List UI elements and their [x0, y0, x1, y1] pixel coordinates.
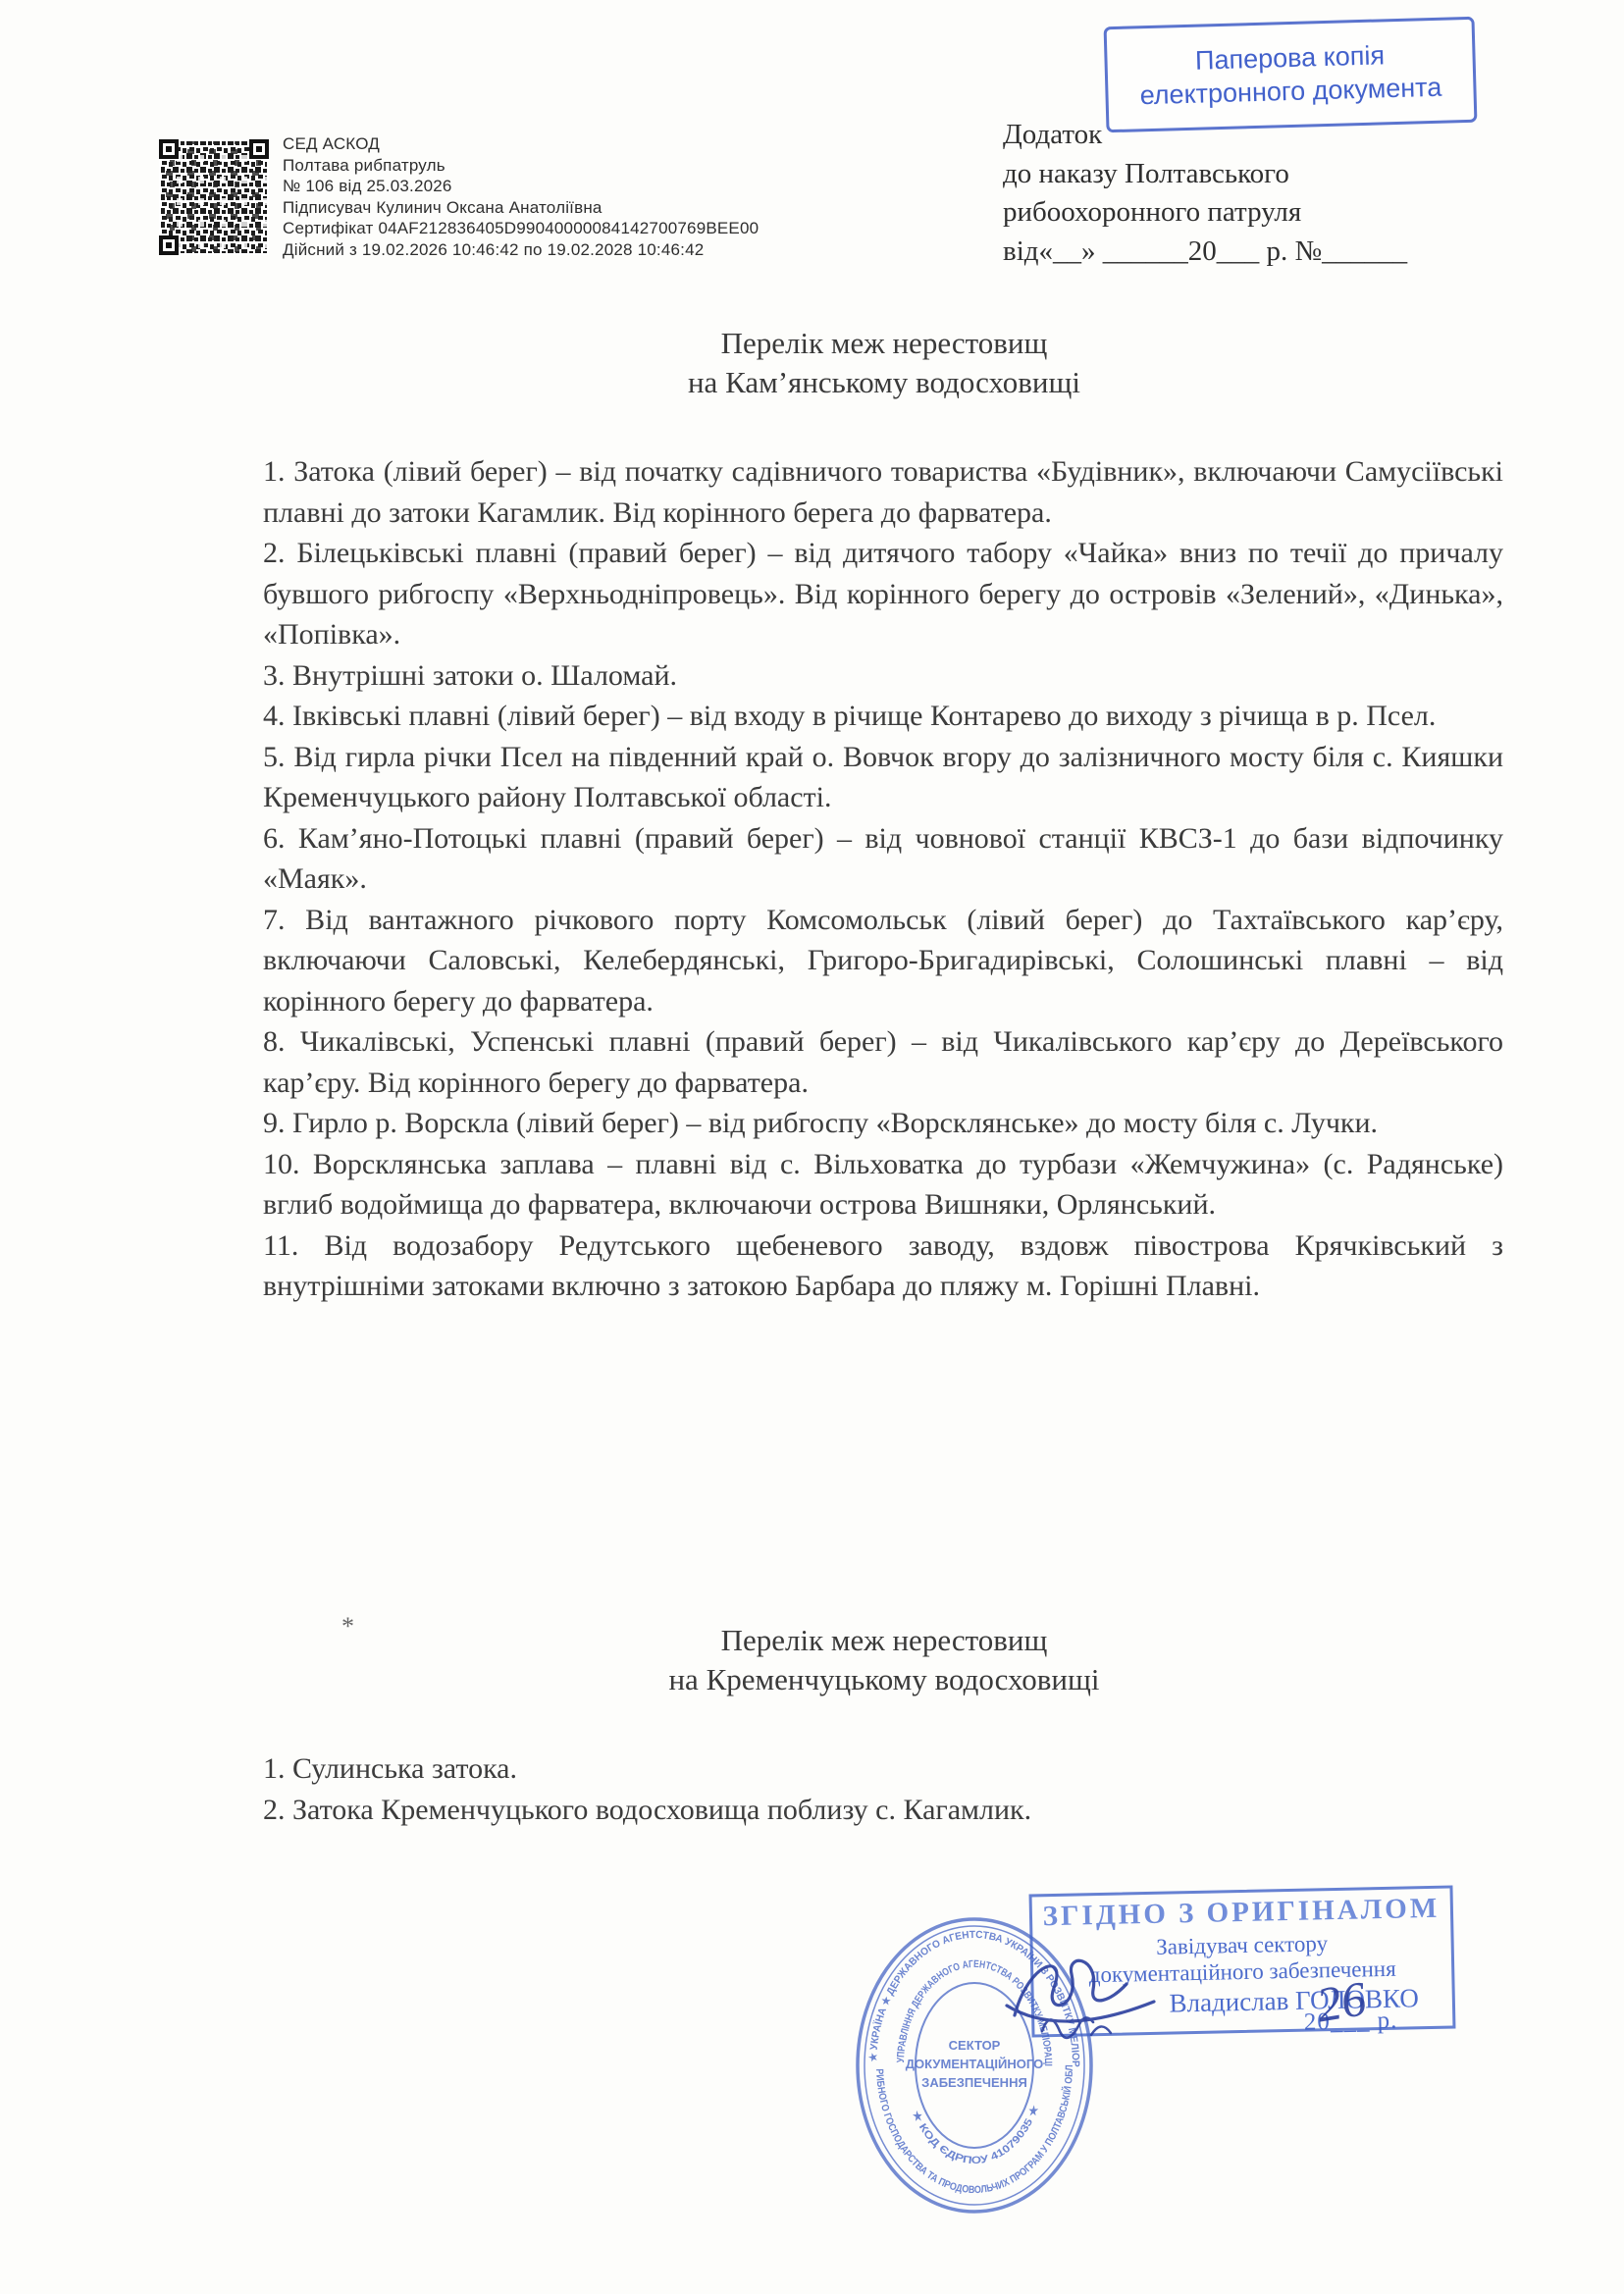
sig-signer: Підписувач Кулинич Оксана Анатоліївна — [283, 197, 950, 219]
list-item: 1. Затока (лівий берег) – від початку са… — [263, 451, 1503, 533]
list-item: 2. Білецьківські плавні (правий берег) –… — [263, 533, 1503, 655]
paper-copy-stamp: Паперова копія електронного документа — [1104, 17, 1478, 133]
annex-reference: Додаток до наказу Полтавського рибоохоро… — [1003, 116, 1474, 271]
section2-title-line1: Перелік меж нерестовищ — [265, 1621, 1503, 1660]
seal-center-line3: ЗАБЕЗПЕЧЕННЯ — [921, 2075, 1027, 2090]
annex-line: до наказу Полтавського — [1003, 155, 1474, 194]
section2-title-line2: на Кременчуцькому водосховищі — [265, 1660, 1503, 1699]
list-item: 5. Від гирла річки Псел на південний кра… — [263, 737, 1503, 818]
sig-number-date: № 106 від 25.03.2026 — [283, 176, 950, 197]
sig-certificate: Сертифікат 04AF212836405D990400000841427… — [283, 218, 950, 239]
section1-list: 1. Затока (лівий берег) – від початку са… — [263, 451, 1503, 1307]
paper-copy-stamp-line2: електронного документа — [1139, 71, 1442, 113]
annex-line: від«__» ______20___ р. №______ — [1003, 233, 1474, 272]
list-item: 2. Затока Кременчуцького водосховища поб… — [263, 1790, 1503, 1831]
document-page: СЕД АСКОД Полтава рибпатруль № 106 від 2… — [0, 0, 1624, 2294]
section2-list: 1. Сулинська затока. 2. Затока Кременчуц… — [263, 1748, 1503, 1831]
sig-validity: Дійсний з 19.02.2026 10:46:42 по 19.02.2… — [283, 239, 950, 261]
signature-info-block: СЕД АСКОД Полтава рибпатруль № 106 від 2… — [283, 133, 950, 260]
annex-line: рибоохоронного патруля — [1003, 193, 1474, 233]
approval-stamp-title: ЗГІДНО З ОРИГІНАЛОМ — [1032, 1893, 1451, 1934]
list-item: 8. Чикалівські, Успенські плавні (правий… — [263, 1021, 1503, 1103]
list-item: 11. Від водозабору Редутського щебеневог… — [263, 1225, 1503, 1307]
section1-title: Перелік меж нерестовищ на Кам’янському в… — [265, 324, 1503, 402]
list-item: 6. Кам’яно-Потоцькі плавні (правий берег… — [263, 818, 1503, 900]
seal-center-line1: СЕКТОР — [949, 2038, 1001, 2053]
paper-copy-stamp-line1: Паперова копія — [1195, 38, 1386, 77]
list-item: 4. Івківські плавні (лівий берег) – від … — [263, 696, 1503, 737]
section1-title-line2: на Кам’янському водосховищі — [265, 363, 1503, 402]
list-item: 10. Ворсклянська заплава – плавні від с.… — [263, 1144, 1503, 1225]
qr-code-graphic — [159, 139, 269, 255]
sig-system: СЕД АСКОД — [283, 133, 950, 155]
list-item: 3. Внутрішні затоки о. Шаломай. — [263, 655, 1503, 697]
seal-center-line2: ДОКУМЕНТАЦІЙНОГО — [906, 2057, 1043, 2071]
list-item: 7. Від вантажного річкового порту Комсом… — [263, 900, 1503, 1022]
list-item: 9. Гирло р. Ворскла (лівий берег) – від … — [263, 1103, 1503, 1144]
handwritten-signature — [997, 1945, 1223, 2053]
list-item: 1. Сулинська затока. — [263, 1748, 1503, 1790]
qr-code — [159, 139, 269, 255]
section2-title: Перелік меж нерестовищ на Кременчуцькому… — [265, 1621, 1503, 1699]
handwritten-year: 26 — [1313, 1969, 1371, 2033]
sig-org: Полтава рибпатруль — [283, 155, 950, 177]
section1-title-line1: Перелік меж нерестовищ — [265, 324, 1503, 363]
